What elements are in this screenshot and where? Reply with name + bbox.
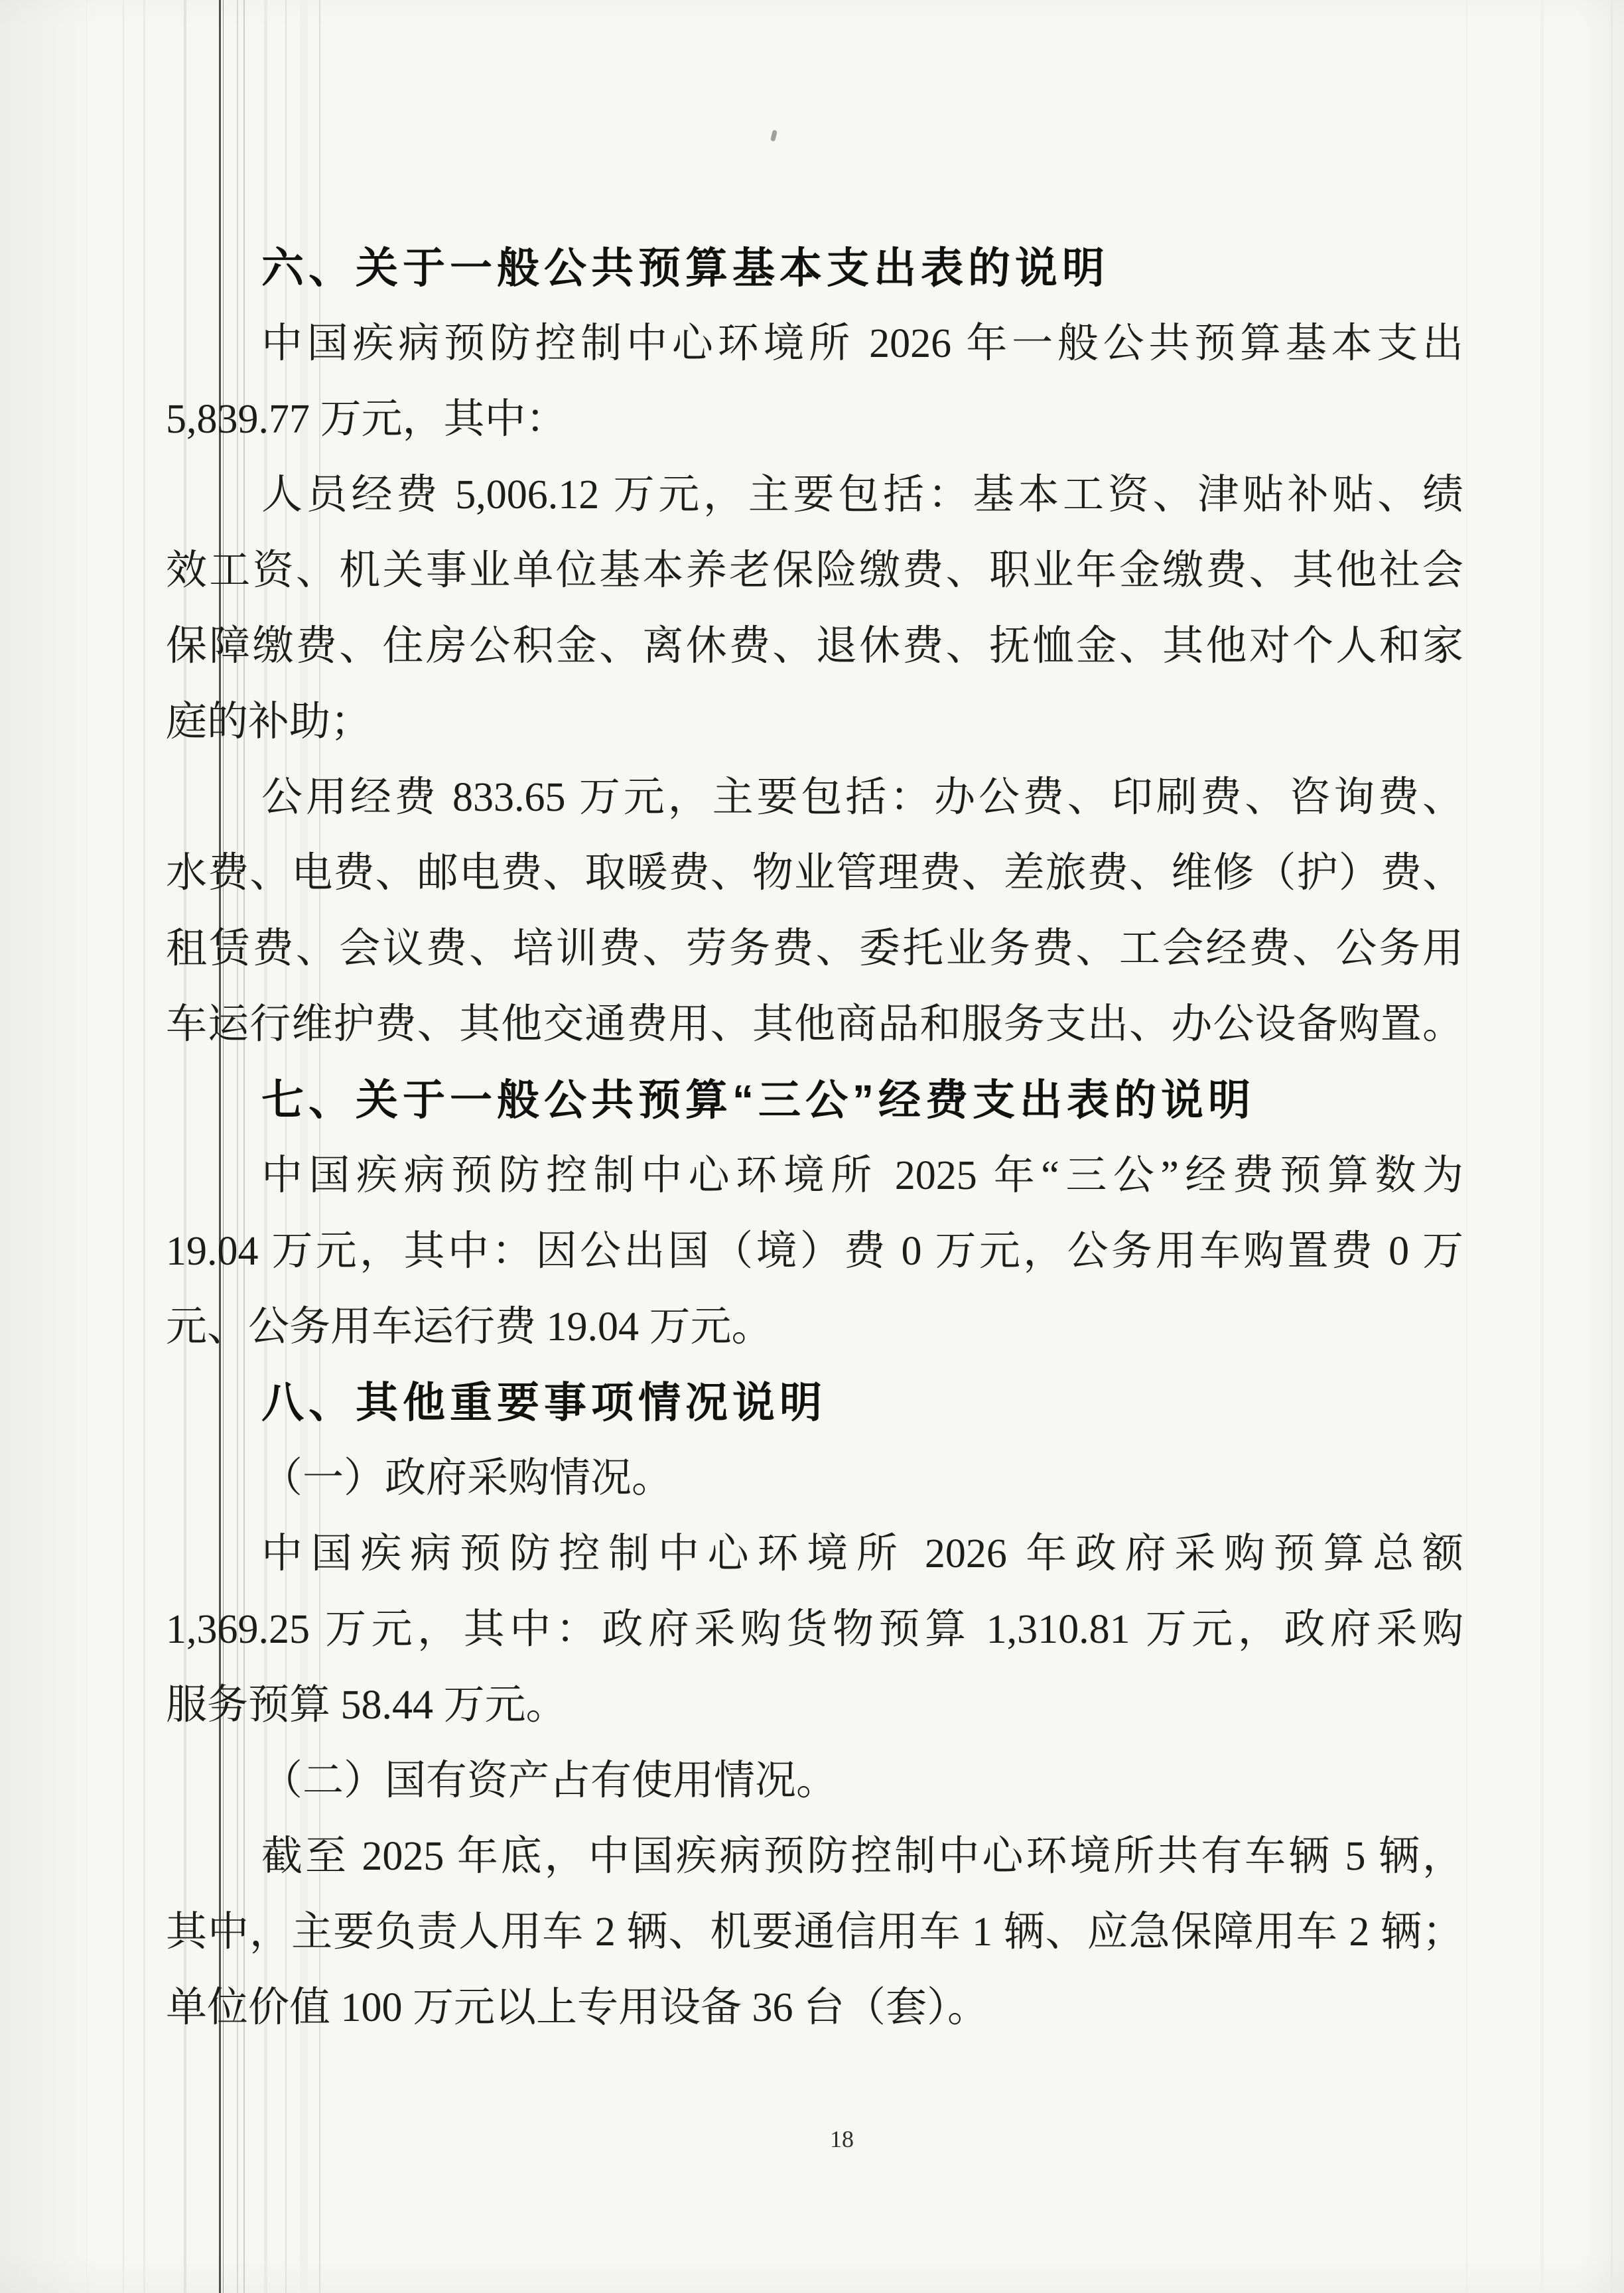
text-line: 5,839.77 万元，其中： xyxy=(166,382,1463,457)
text-line: 元、公务用车运行费 19.04 万元。 xyxy=(166,1289,1463,1365)
scan-line xyxy=(1466,0,1467,2293)
heading-section-6: 六、关于一般公共预算基本支出表的说明 xyxy=(166,230,1463,306)
subsection-heading-1: （一）政府采购情况。 xyxy=(166,1440,1463,1516)
text-line: 保障缴费、住房公积金、离休费、退休费、抚恤金、其他对个人和家 xyxy=(166,608,1463,684)
text-line: 水费、电费、邮电费、取暖费、物业管理费、差旅费、维修（护）费、 xyxy=(166,835,1463,911)
text-line: 其中，主要负责人用车 2 辆、机要通信用车 1 辆、应急保障用车 2 辆； xyxy=(166,1894,1463,1970)
text-line: 公用经费 833.65 万元，主要包括：办公费、印刷费、咨询费、 xyxy=(166,760,1463,835)
subsection-heading-2: （二）国有资产占有使用情况。 xyxy=(166,1743,1463,1819)
scan-line xyxy=(123,0,124,2293)
text-line: 人员经费 5,006.12 万元，主要包括：基本工资、津贴补贴、绩 xyxy=(166,457,1463,533)
text-line: 中国疾病预防控制中心环境所 2026 年政府采购预算总额 xyxy=(166,1516,1463,1592)
scanned-page: 六、关于一般公共预算基本支出表的说明 中国疾病预防控制中心环境所 2026 年一… xyxy=(0,0,1624,2293)
scan-speck xyxy=(770,129,778,141)
document-body: 六、关于一般公共预算基本支出表的说明 中国疾病预防控制中心环境所 2026 年一… xyxy=(166,230,1463,2046)
heading-section-7: 七、关于一般公共预算“三公”经费支出表的说明 xyxy=(166,1062,1463,1138)
scan-line xyxy=(143,0,145,2293)
scan-line xyxy=(1540,0,1544,2293)
text-line: 租赁费、会议费、培训费、劳务费、委托业务费、工会经费、公务用 xyxy=(166,911,1463,987)
text-line: 1,369.25 万元，其中：政府采购货物预算 1,310.81 万元，政府采购 xyxy=(166,1592,1463,1667)
text-line: 庭的补助； xyxy=(166,684,1463,760)
text-line: 19.04 万元，其中：因公出国（境）费 0 万元，公务用车购置费 0 万 xyxy=(166,1214,1463,1289)
text-line: 车运行维护费、其他交通费用、其他商品和服务支出、办公设备购置。 xyxy=(166,987,1463,1062)
scan-line xyxy=(86,0,87,2293)
heading-section-8: 八、其他重要事项情况说明 xyxy=(166,1365,1463,1440)
page-number: 18 xyxy=(0,2125,1624,2153)
text-line: 截至 2025 年底，中国疾病预防控制中心环境所共有车辆 5 辆， xyxy=(166,1819,1463,1894)
text-line: 效工资、机关事业单位基本养老保险缴费、职业年金缴费、其他社会 xyxy=(166,533,1463,608)
text-line: 服务预算 58.44 万元。 xyxy=(166,1667,1463,1743)
text-line: 中国疾病预防控制中心环境所 2026 年一般公共预算基本支出 xyxy=(166,306,1463,382)
text-line: 单位价值 100 万元以上专用设备 36 台（套）。 xyxy=(166,1970,1463,2046)
text-line: 中国疾病预防控制中心环境所 2025 年“三公”经费预算数为 xyxy=(166,1138,1463,1214)
scan-line xyxy=(1611,0,1613,2293)
